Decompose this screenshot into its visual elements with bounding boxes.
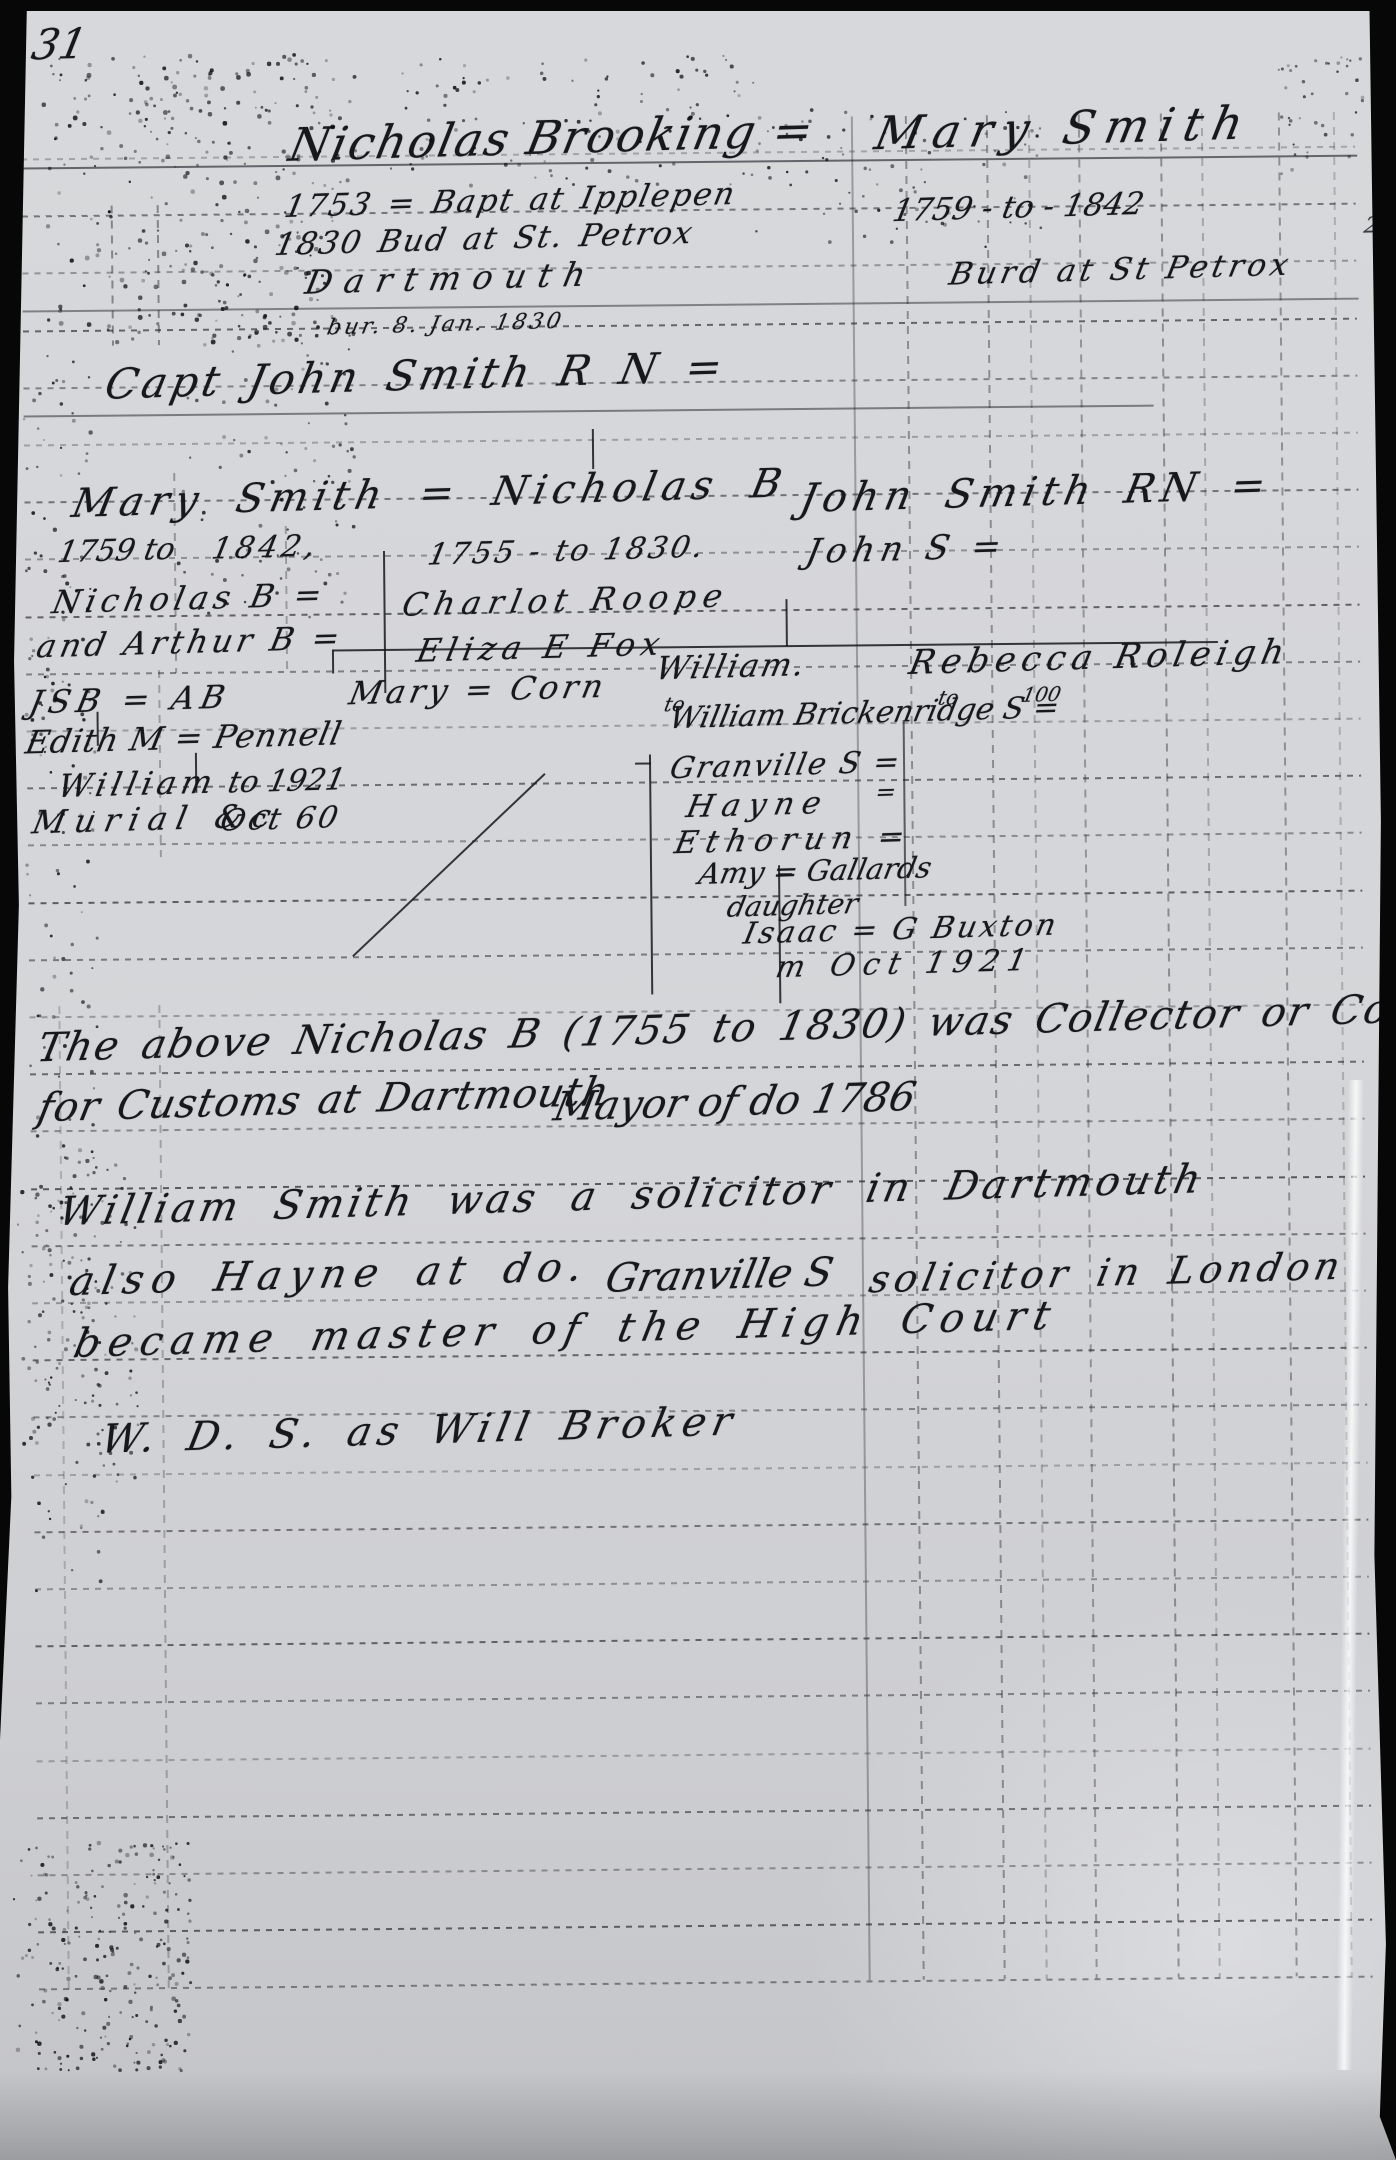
ruled-line-horizontal	[35, 1576, 1369, 1591]
desc-equals-mark: =	[873, 780, 898, 805]
ruled-line-horizontal	[39, 1976, 1373, 1991]
toner-speckle-cluster	[753, 109, 755, 111]
scanner-edge-top	[0, 0, 1396, 11]
note-william-line1: William Smith was a solicitor in Dartmou…	[56, 1159, 1209, 1232]
ruled-line-vertical	[111, 206, 114, 346]
descent-connector-corner	[332, 649, 334, 673]
ruled-line-horizontal	[36, 1690, 1370, 1705]
ruled-line-horizontal	[34, 1518, 1368, 1533]
title-bride-name: Mary Smith	[871, 99, 1257, 156]
bride-detail-burial: Burd at St Petrox	[947, 250, 1295, 291]
toner-speckle-cluster	[175, 335, 177, 337]
ruled-line-horizontal	[35, 1633, 1369, 1648]
note-wds-line: W. D. S. as Will Broker	[98, 1401, 742, 1459]
note-nicholas-line2a: for Customs at Dartmouth	[35, 1072, 614, 1128]
note-nicholas-line1: The above Nicholas B (1755 to 1830) was …	[34, 982, 1396, 1068]
ruled-line-horizontal	[29, 946, 1363, 961]
tree-son-nicholas: Nicholas B =	[50, 578, 330, 618]
ruled-line-vertical	[58, 1006, 69, 1991]
ruled-line-horizontal	[37, 1747, 1371, 1762]
ruled-line-vertical	[986, 115, 1006, 1979]
branch-jsb-drop	[97, 712, 99, 746]
capt-descent-line	[592, 429, 594, 469]
tree-mary-dates-a: 1759 to	[55, 535, 178, 568]
ruled-line-horizontal	[23, 317, 1357, 332]
desc-william: William.	[653, 648, 809, 684]
tree-left-bracket	[383, 551, 386, 693]
tree-son-arthur: and Arthur B =	[34, 622, 346, 663]
branch-murial-date: Oct 60	[218, 803, 344, 836]
ruled-line-horizontal	[37, 1804, 1371, 1819]
ruled-line-vertical	[158, 1005, 169, 1990]
ruled-line-vertical	[1028, 115, 1048, 1979]
ruled-line-vertical	[905, 116, 925, 1980]
tree-john-smith: John Smith RN =	[797, 465, 1275, 519]
note-william-line2a: also Hayne at do.	[66, 1247, 594, 1302]
desc-hayne: Hayne	[684, 788, 832, 823]
title-groom-name: Nicholas Brooking =	[285, 107, 819, 168]
ruled-line-horizontal	[38, 1862, 1372, 1877]
groom-detail-place: Dartmouth	[303, 257, 601, 298]
ruled-line-horizontal	[28, 889, 1362, 904]
tree-mary-nicholas: Mary Smith = Nicholas B	[69, 463, 791, 524]
ruled-line-vertical	[1078, 114, 1098, 1978]
toner-speckle-cluster	[322, 59, 324, 61]
bride-detail-dates: 1759 - to - 1842	[890, 189, 1147, 227]
bottom-shadow	[0, 2070, 1396, 2160]
branch-william-dates: to 1921	[225, 765, 348, 798]
scanned-ledger-page: 31 2 Nicholas Brooking = Mary Smith 1753…	[0, 0, 1396, 2160]
desc-isaac-marriage: m Oct 1921	[773, 946, 1037, 983]
groom-detail-burial-date: bur. 8. Jan. 1830	[325, 311, 566, 340]
desc-amy: Amy = Gallards	[696, 853, 934, 889]
tree-wife-charlot: Charlot Roope	[400, 579, 733, 620]
ruled-line-vertical	[851, 116, 871, 1980]
desc-equals-chain	[903, 720, 907, 906]
ruled-line-vertical	[1160, 114, 1180, 1978]
ruled-line-vertical	[157, 205, 160, 345]
branch-jsb: JSB = AB	[27, 681, 234, 719]
tree-john-s: John S =	[803, 529, 1010, 569]
branch-pennell-drop	[195, 753, 197, 793]
ruled-line-vertical	[1201, 113, 1221, 1977]
toner-speckle-cluster	[40, 56, 42, 58]
capt-john-smith-line: Capt John Smith R N =	[102, 346, 730, 406]
john-descent-line	[785, 599, 787, 646]
note-william-line2b: Granville S	[602, 1252, 836, 1299]
dartmouth-underline	[23, 298, 1359, 313]
capt-underline	[24, 405, 1154, 418]
desc-bracket-1	[649, 754, 653, 994]
ruled-line-horizontal	[34, 1461, 1368, 1476]
toner-speckle-cluster	[21, 346, 23, 348]
diagonal-pen-stroke	[352, 773, 545, 957]
tree-nicholas-dates: 1755 - to 1830.	[425, 533, 708, 571]
ruled-line-horizontal	[38, 1919, 1372, 1934]
toner-speckle-cluster	[1272, 54, 1274, 56]
groom-detail-burial: 1830 Bud at St. Petrox	[272, 218, 697, 261]
branch-edith: Edith M = Pennell	[23, 717, 345, 758]
ruled-line-horizontal	[32, 1232, 1366, 1247]
toner-speckle-cluster	[15, 1157, 17, 1159]
ruled-line-vertical	[1278, 112, 1298, 1976]
page-number: 31	[28, 23, 90, 67]
note-nicholas-line2b: Mayor of do 1786	[551, 1077, 920, 1127]
toner-speckle-cluster	[9, 1842, 11, 1844]
desc-rebecca: Rebecca Roleigh	[906, 635, 1293, 680]
ruled-line-horizontal	[24, 432, 1358, 447]
desc-bracket-2-tick	[778, 873, 792, 875]
desc-granville: Granville S =	[667, 748, 904, 785]
desc-bracket-1-tick	[635, 762, 651, 764]
page-content: 31 2 Nicholas Brooking = Mary Smith 1753…	[0, 0, 1396, 2160]
desc-brickenridge: William Brickenridge S =	[667, 693, 1062, 734]
branch-mary-corn: Mary = Corn	[346, 670, 610, 709]
tree-mary-dates-b: 1842,	[209, 532, 321, 565]
